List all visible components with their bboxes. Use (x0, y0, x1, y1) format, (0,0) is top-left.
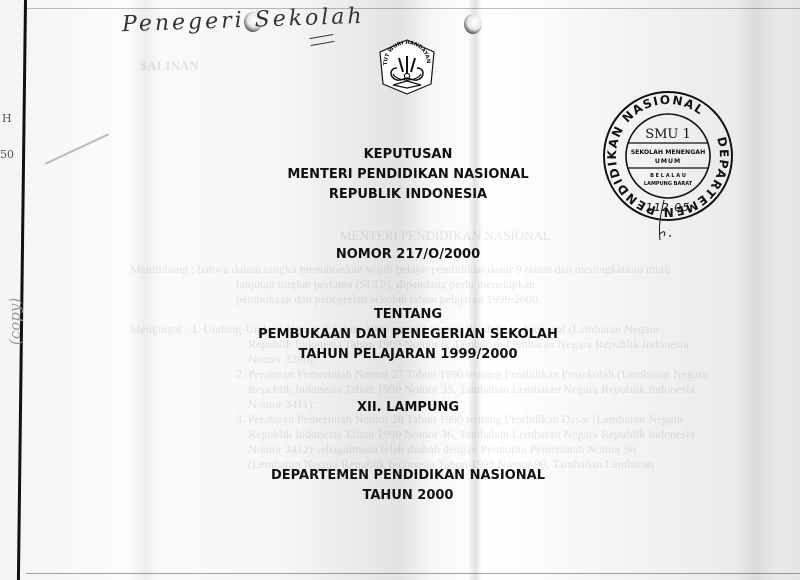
decree-number-block: NOMOR 217/O/2000 (0, 245, 800, 265)
scanned-document-page: SALINAN MENTERI PENDIDIKAN NASIONAL Meni… (0, 0, 800, 580)
svg-text:UMUM: UMUM (655, 158, 681, 165)
handwritten-underline (309, 34, 334, 46)
svg-text:SMU 1: SMU 1 (645, 127, 691, 142)
bleed-through-line: Nomor 3412) sebagaimana telah diubah den… (248, 442, 636, 457)
tut-wuri-handayani-emblem-icon: TUT WURI HANDAYANI (377, 38, 437, 96)
bleed-through-header: SALINAN (140, 58, 199, 73)
decree-number: NOMOR 217/O/2000 (0, 245, 800, 265)
svg-text:B E L A L A U: B E L A L A U (650, 173, 686, 179)
decree-subject-line: PEMBUKAAN DAN PENEGERIAN SEKOLAH (0, 325, 800, 345)
bleed-through-line: MENTERI PENDIDIKAN NASIONAL (340, 228, 551, 243)
bleed-through-line: Republik Indonesia Tahun 1990 Nomor 35, … (248, 382, 695, 397)
punch-hole (464, 14, 482, 34)
bleed-through-line: Republik Indonesia Tahun 1990 Nomor 36, … (248, 427, 695, 442)
signature-mark (656, 200, 676, 242)
svg-text:LAMPUNG BARAT: LAMPUNG BARAT (644, 181, 693, 187)
decree-footer-line: DEPARTEMEN PENDIDIKAN NASIONAL (0, 466, 800, 486)
decree-subject-block: TENTANG PEMBUKAAN DAN PENEGERIAN SEKOLAH… (0, 305, 800, 365)
decree-subject-line: TENTANG (0, 305, 800, 325)
decree-region: XII. LAMPUNG (0, 398, 800, 418)
bleed-through-line: 2. Peraturan Pemerintah Nomor 27 Tahun 1… (236, 367, 707, 382)
top-paper-edge (26, 8, 800, 9)
bleed-through-line: lanjutan tingkat pertama (SLTP), dipanda… (236, 277, 535, 292)
bottom-paper-edge (26, 573, 800, 574)
decree-subject-line: TAHUN PELAJARAN 1999/2000 (0, 345, 800, 365)
decree-region-block: XII. LAMPUNG (0, 398, 800, 418)
margin-note: H (2, 112, 12, 125)
decree-footer-line: TAHUN 2000 (0, 486, 800, 506)
decree-footer-block: DEPARTEMEN PENDIDIKAN NASIONAL TAHUN 200… (0, 466, 800, 506)
svg-text:SEKOLAH MENENGAH: SEKOLAH MENENGAH (631, 149, 706, 156)
